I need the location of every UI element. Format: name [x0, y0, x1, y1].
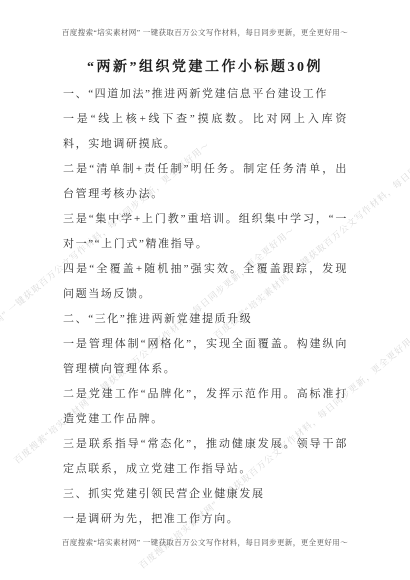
section-heading: 三、抓实党建引领民营企业健康发展: [63, 482, 348, 507]
paragraph: 四是“全覆盖+随机抽”强实效。全覆盖跟踪，发现问题当场反馈。: [63, 257, 348, 307]
paragraph: 一是调研为先，把准工作方向。: [63, 507, 348, 532]
paragraph: 一是“线上核+线下查”摸底数。比对网上入库资料，实地调研摸底。: [63, 107, 348, 157]
document-page: 百度搜索“培实素材网” 一键获取百万公文写作材料，每日同步更新，更全更好用～ 百…: [0, 0, 410, 580]
section-heading: 二、“三化”推进两新党建提质升级: [63, 307, 348, 332]
footer-note: 百度搜索“培实素材网” 一键获取百万公文写作材料，每日同步更新，更全更好用～: [0, 537, 410, 548]
paragraph: 一是管理体制“网格化”，实现全面覆盖。构建纵向管理横向管理体系。: [63, 332, 348, 382]
header-note: 百度搜索“培实素材网” 一键获取百万公文写作材料，每日同步更新，更全更好用～: [0, 27, 410, 38]
paragraph: 二是“清单制+责任制”明任务。制定任务清单，出台管理考核办法。: [63, 157, 348, 207]
paragraph: 三是联系指导“常态化”，推动健康发展。领导干部定点联系，成立党建工作指导站。: [63, 432, 348, 482]
document-title: “两新”组织党建工作小标题30例: [0, 56, 410, 76]
section-heading: 一、“四道加法”推进两新党建信息平台建设工作: [63, 82, 348, 107]
paragraph: 二是党建工作“品牌化”，发挥示范作用。高标准打造党建工作品牌。: [63, 382, 348, 432]
document-body: 一、“四道加法”推进两新党建信息平台建设工作一是“线上核+线下查”摸底数。比对网…: [63, 82, 348, 532]
paragraph: 三是“集中学+上门教”重培训。组织集中学习，“一对一”“上门式”精准指导。: [63, 207, 348, 257]
